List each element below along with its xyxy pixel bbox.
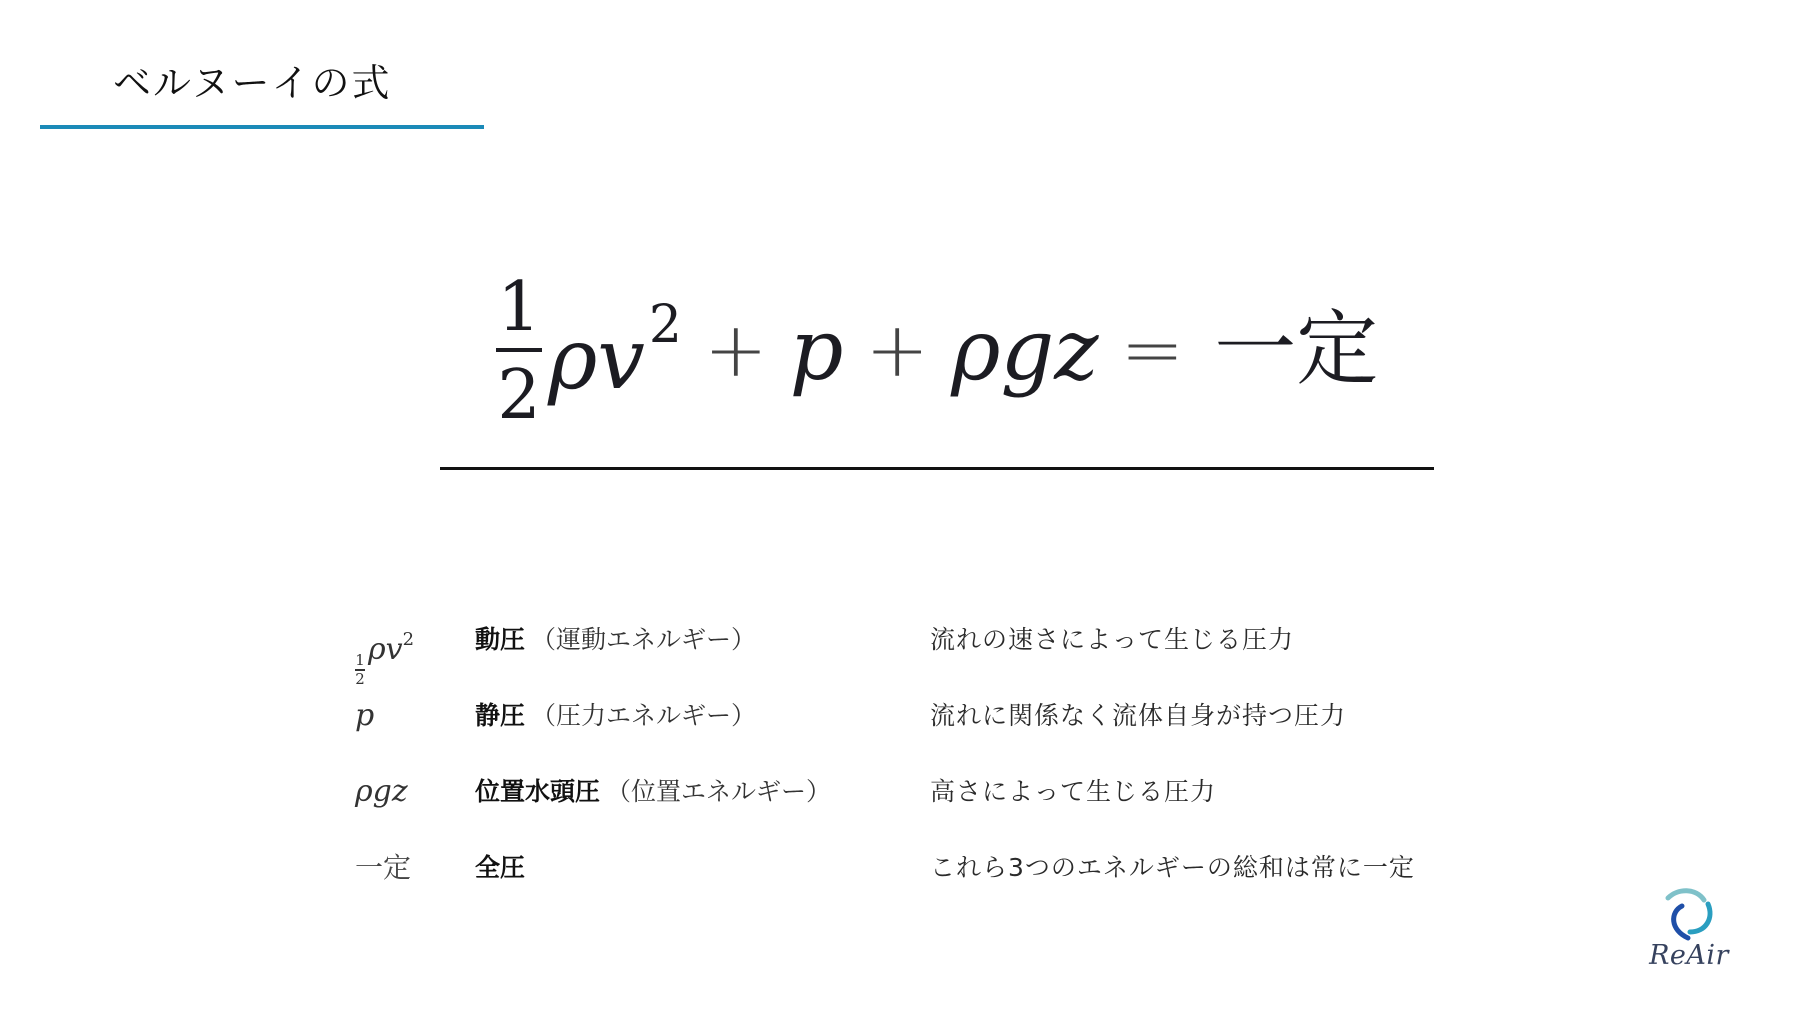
term-name: 全圧: [475, 850, 531, 886]
fraction-numerator: 1: [497, 274, 540, 348]
fraction-denominator: 2: [497, 352, 540, 430]
dynamic-pressure-term: ρv2: [548, 299, 682, 401]
term-symbol: ρgz: [355, 772, 465, 812]
bernoulli-equation: 1 2 ρv2 + p + ρgz = 一定: [496, 255, 1378, 445]
static-pressure-term: p: [790, 308, 844, 392]
term-description: 流れに関係なく流体自身が持つ圧力: [930, 698, 1346, 734]
term-name: 位置水頭圧（位置エネルギー）: [475, 774, 831, 810]
terms-table: 1 2 ρv2 動圧（運動エネルギー） 流れの速さによって生じる圧力 p 静圧（…: [355, 614, 1475, 918]
term-row-static: p 静圧（圧力エネルギー） 流れに関係なく流体自身が持つ圧力: [355, 690, 1475, 766]
term-name-paren: （運動エネルギー）: [531, 625, 756, 654]
term-name-bold: 静圧: [475, 701, 525, 730]
equals-operator: =: [1121, 312, 1185, 388]
term-symbol: 一定: [355, 848, 465, 888]
mini-fraction-numerator: 1: [355, 653, 365, 668]
mini-fraction-denominator: 2: [355, 672, 365, 687]
constant-term: 一定: [1214, 309, 1378, 391]
plus-operator: +: [865, 312, 929, 388]
plus-operator: +: [704, 312, 768, 388]
mini-fraction: 1 2: [355, 653, 365, 687]
potential-pressure-term: ρgz: [951, 308, 1098, 392]
logo-text: ReAir: [1648, 940, 1730, 971]
superscript-2: 2: [649, 295, 682, 355]
term-row-total: 一定 全圧 これら3つのエネルギーの総和は常に一定: [355, 842, 1475, 918]
term-symbol: 1 2 ρv2: [355, 620, 465, 687]
term-description: 流れの速さによって生じる圧力: [930, 622, 1294, 658]
term-row-dynamic: 1 2 ρv2 動圧（運動エネルギー） 流れの速さによって生じる圧力: [355, 614, 1475, 690]
slide-title: ベルヌーイの式: [113, 52, 391, 107]
term-row-potential: ρgz 位置水頭圧（位置エネルギー） 高さによって生じる圧力: [355, 766, 1475, 842]
term-name-bold: 動圧: [475, 625, 525, 654]
term-symbol: p: [355, 696, 465, 736]
reair-logo: ReAir: [1648, 884, 1730, 974]
fraction-one-half: 1 2: [496, 274, 542, 430]
symbol-superscript: 2: [403, 629, 414, 650]
term-name-paren: （位置エネルギー）: [606, 777, 831, 806]
symbol-body: ρv: [368, 632, 403, 667]
term-description: 高さによって生じる圧力: [930, 774, 1216, 810]
term-description: これら3つのエネルギーの総和は常に一定: [930, 850, 1415, 886]
equation-divider: [440, 467, 1434, 470]
term-name: 動圧（運動エネルギー）: [475, 622, 756, 658]
term-name-bold: 位置水頭圧: [475, 777, 600, 806]
term-rho-v: ρv: [548, 310, 645, 408]
swirl-icon: [1658, 886, 1718, 944]
term-name-paren: （圧力エネルギー）: [531, 701, 756, 730]
term-name-bold: 全圧: [475, 853, 525, 882]
title-underline: [40, 125, 484, 129]
term-name: 静圧（圧力エネルギー）: [475, 698, 756, 734]
